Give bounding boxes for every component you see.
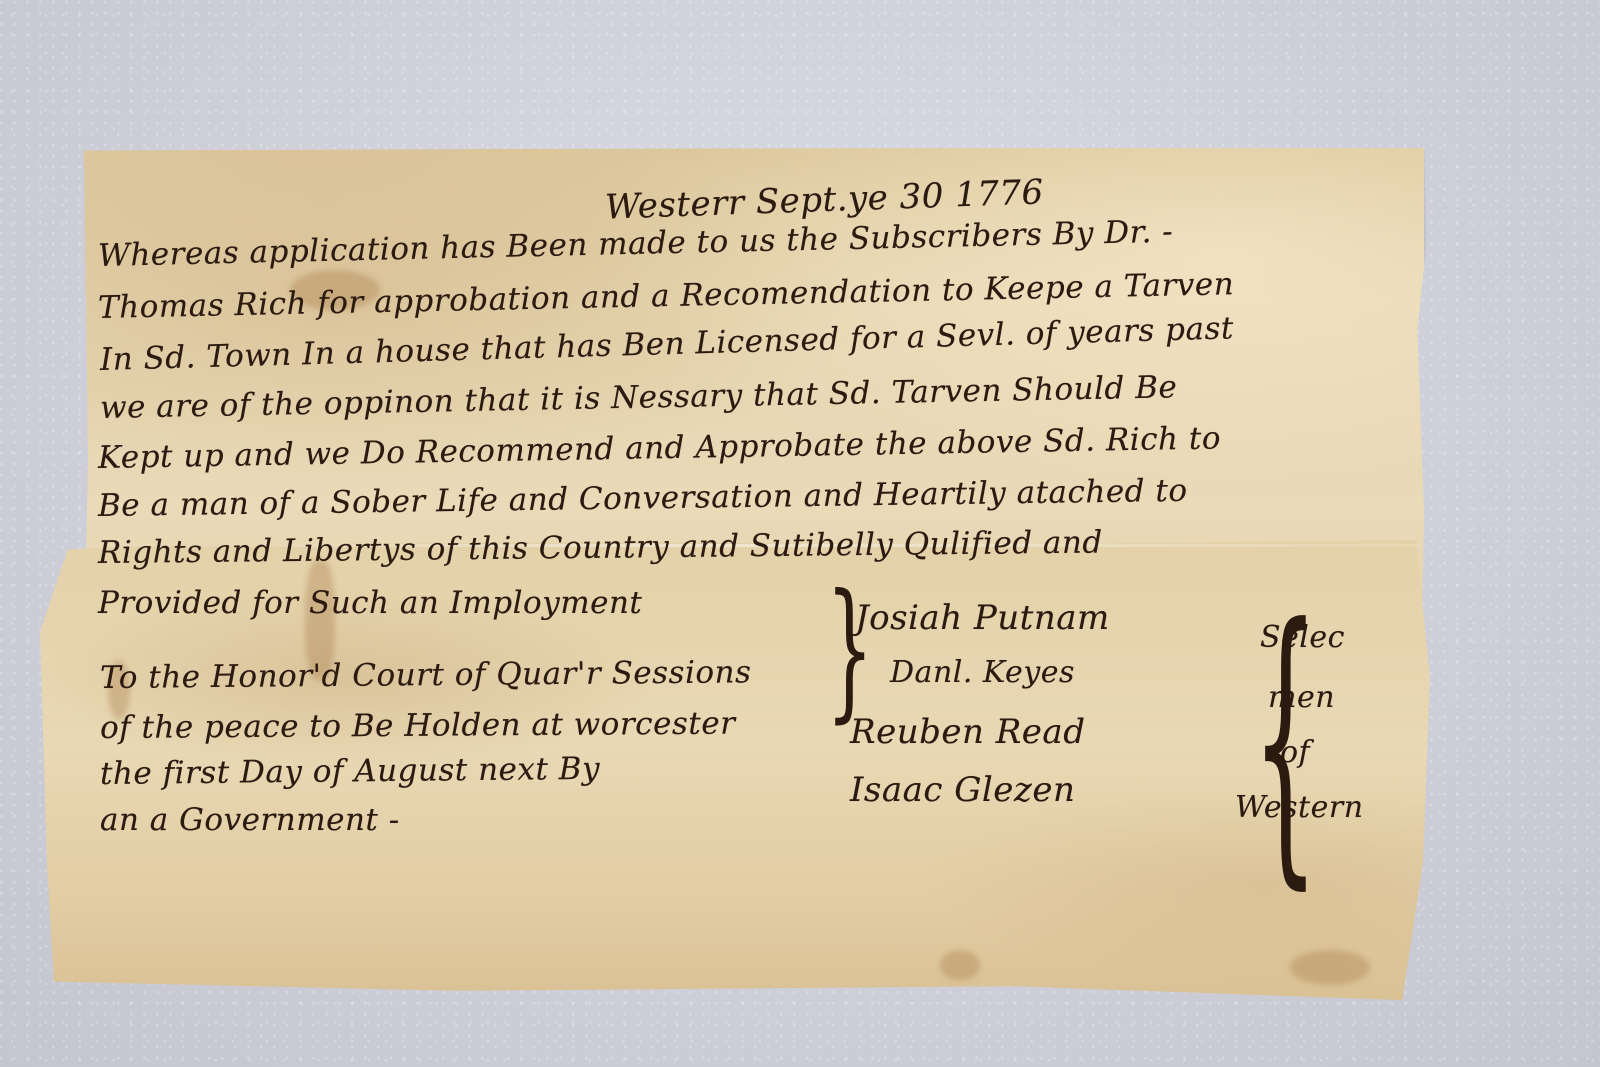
water-stain	[1290, 950, 1370, 985]
address-line: an a Government -	[100, 802, 400, 838]
signature-reuben-read: Reuben Read	[850, 712, 1085, 752]
signature-isaac-glezen: Isaac Glezen	[850, 770, 1075, 810]
address-line: the first Day of August next By	[100, 751, 600, 792]
address-line: of the peace to Be Holden at worcester	[100, 706, 736, 746]
manuscript-sheet: Westerr Sept.ye 30 1776 Whereas applicat…	[40, 120, 1440, 1010]
side-note-line: of	[1280, 735, 1310, 770]
water-stain	[940, 950, 980, 980]
side-note-line: Western	[1235, 790, 1364, 825]
body-line: Provided for Such an Imployment	[98, 585, 642, 621]
side-note-line: Selec	[1260, 620, 1345, 655]
signature-josiah-putnam: Josiah Putnam	[855, 598, 1110, 638]
signature-danl-keyes: Danl. Keyes	[890, 655, 1075, 690]
address-line: To the Honor'd Court of Quar'r Sessions	[100, 654, 752, 696]
side-note-line: men	[1268, 680, 1335, 715]
